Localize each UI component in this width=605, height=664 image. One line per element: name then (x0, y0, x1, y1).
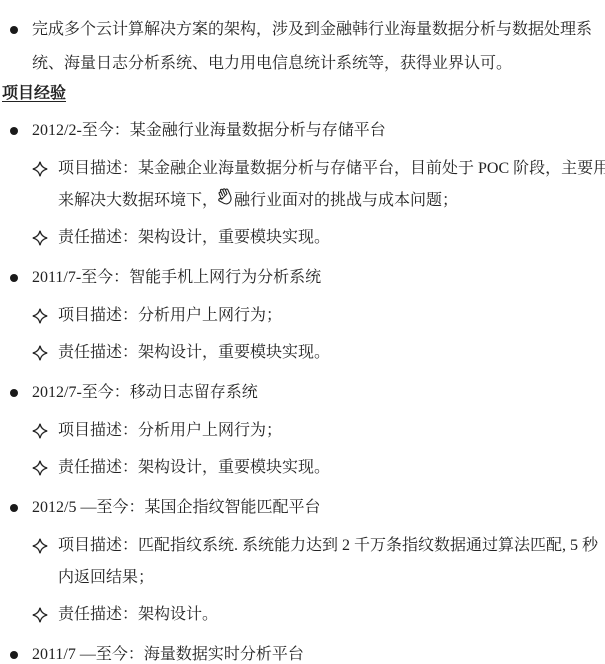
project-title: 2012/5 —至今：某国企指纹智能匹配平台 (32, 491, 605, 525)
four-pointed-star-icon (32, 423, 48, 439)
detail-text-line: 责任描述：架构设计，重要模块实现。 (58, 222, 605, 254)
project-detail: 项目描述：分析用户上网行为； (0, 415, 605, 447)
intro-bullet-item: 完成多个云计算解决方案的架构，涉及到金融韩行业海量数据分析与数据处理系 统、海量… (0, 13, 605, 81)
project-title: 2012/2-至今：某金融行业海量数据分析与存储平台 (32, 114, 605, 148)
four-pointed-star-icon (32, 345, 48, 361)
detail-text-line: 项目描述：分析用户上网行为； (58, 415, 605, 447)
four-pointed-star-icon (32, 308, 48, 324)
project-item: 2012/2-至今：某金融行业海量数据分析与存储平台 项目描述：某金融企业海量数… (0, 114, 605, 254)
project-detail: 项目描述：分析用户上网行为； (0, 300, 605, 332)
bullet-icon (10, 504, 18, 512)
four-pointed-star-icon (32, 538, 48, 554)
four-pointed-star-icon (32, 161, 48, 177)
project-detail: 责任描述：架构设计，重要模块实现。 (0, 452, 605, 484)
project-item: 2011/7-至今：智能手机上网行为分析系统 项目描述：分析用户上网行为； 责任… (0, 261, 605, 369)
bullet-icon (10, 127, 18, 135)
project-item: 2012/5 —至今：某国企指纹智能匹配平台 项目描述：匹配指纹系统. 系统能力… (0, 491, 605, 631)
project-title-row: 2012/7-至今：移动日志留存系统 (0, 376, 605, 410)
bullet-icon (10, 274, 18, 282)
intro-line-1: 完成多个云计算解决方案的架构，涉及到金融韩行业海量数据分析与数据处理系 (32, 13, 605, 47)
four-pointed-star-icon (32, 230, 48, 246)
four-pointed-star-icon (32, 607, 48, 623)
project-title: 2011/7-至今：智能手机上网行为分析系统 (32, 261, 605, 295)
bullet-icon (10, 26, 18, 34)
project-detail: 项目描述：某金融企业海量数据分析与存储平台，目前处于 POC 阶段，主要用 来解… (0, 153, 605, 217)
detail-text-line: 项目描述：匹配指纹系统. 系统能力达到 2 千万条指纹数据通过算法匹配, 5 秒 (58, 530, 605, 562)
project-item: 2011/7 —至今：海量数据实时分析平台 (0, 638, 605, 664)
detail-text-line: 项目描述：某金融企业海量数据分析与存储平台，目前处于 POC 阶段，主要用 (58, 153, 605, 185)
section-heading: 项目经验 (2, 81, 605, 107)
detail-text-line: 责任描述：架构设计。 (58, 599, 605, 631)
project-title-row: 2011/7 —至今：海量数据实时分析平台 (0, 638, 605, 664)
project-title-row: 2012/5 —至今：某国企指纹智能匹配平台 (0, 491, 605, 525)
detail-text-line: 责任描述：架构设计，重要模块实现。 (58, 337, 605, 369)
bullet-icon (10, 651, 18, 659)
bullet-icon (10, 389, 18, 397)
intro-line-2: 统、海量日志分析系统、电力用电信息统计系统等，获得业界认可。 (32, 47, 605, 81)
project-title-row: 2011/7-至今：智能手机上网行为分析系统 (0, 261, 605, 295)
detail-text-line: 责任描述：架构设计，重要模块实现。 (58, 452, 605, 484)
project-title: 2011/7 —至今：海量数据实时分析平台 (32, 638, 605, 664)
resume-page: 完成多个云计算解决方案的架构，涉及到金融韩行业海量数据分析与数据处理系 统、海量… (0, 0, 605, 664)
project-title: 2012/7-至今：移动日志留存系统 (32, 376, 605, 410)
project-detail: 责任描述：架构设计，重要模块实现。 (0, 337, 605, 369)
detail-text-line: 项目描述：分析用户上网行为； (58, 300, 605, 332)
project-detail: 责任描述：架构设计，重要模块实现。 (0, 222, 605, 254)
project-detail: 责任描述：架构设计。 (0, 599, 605, 631)
detail-text-line: 来解决大数据环境下，融行业面对的挑战与成本问题； (58, 185, 605, 217)
four-pointed-star-icon (32, 460, 48, 476)
detail-text-post: 融行业面对的挑战与成本问题； (234, 192, 458, 209)
project-detail: 项目描述：匹配指纹系统. 系统能力达到 2 千万条指纹数据通过算法匹配, 5 秒… (0, 530, 605, 594)
project-item: 2012/7-至今：移动日志留存系统 项目描述：分析用户上网行为； 责任描述：架… (0, 376, 605, 484)
detail-text-pre: 来解决大数据环境下， (58, 192, 218, 209)
detail-text-line: 内返回结果； (58, 562, 605, 594)
project-title-row: 2012/2-至今：某金融行业海量数据分析与存储平台 (0, 114, 605, 148)
hand-cursor-icon (218, 191, 234, 207)
